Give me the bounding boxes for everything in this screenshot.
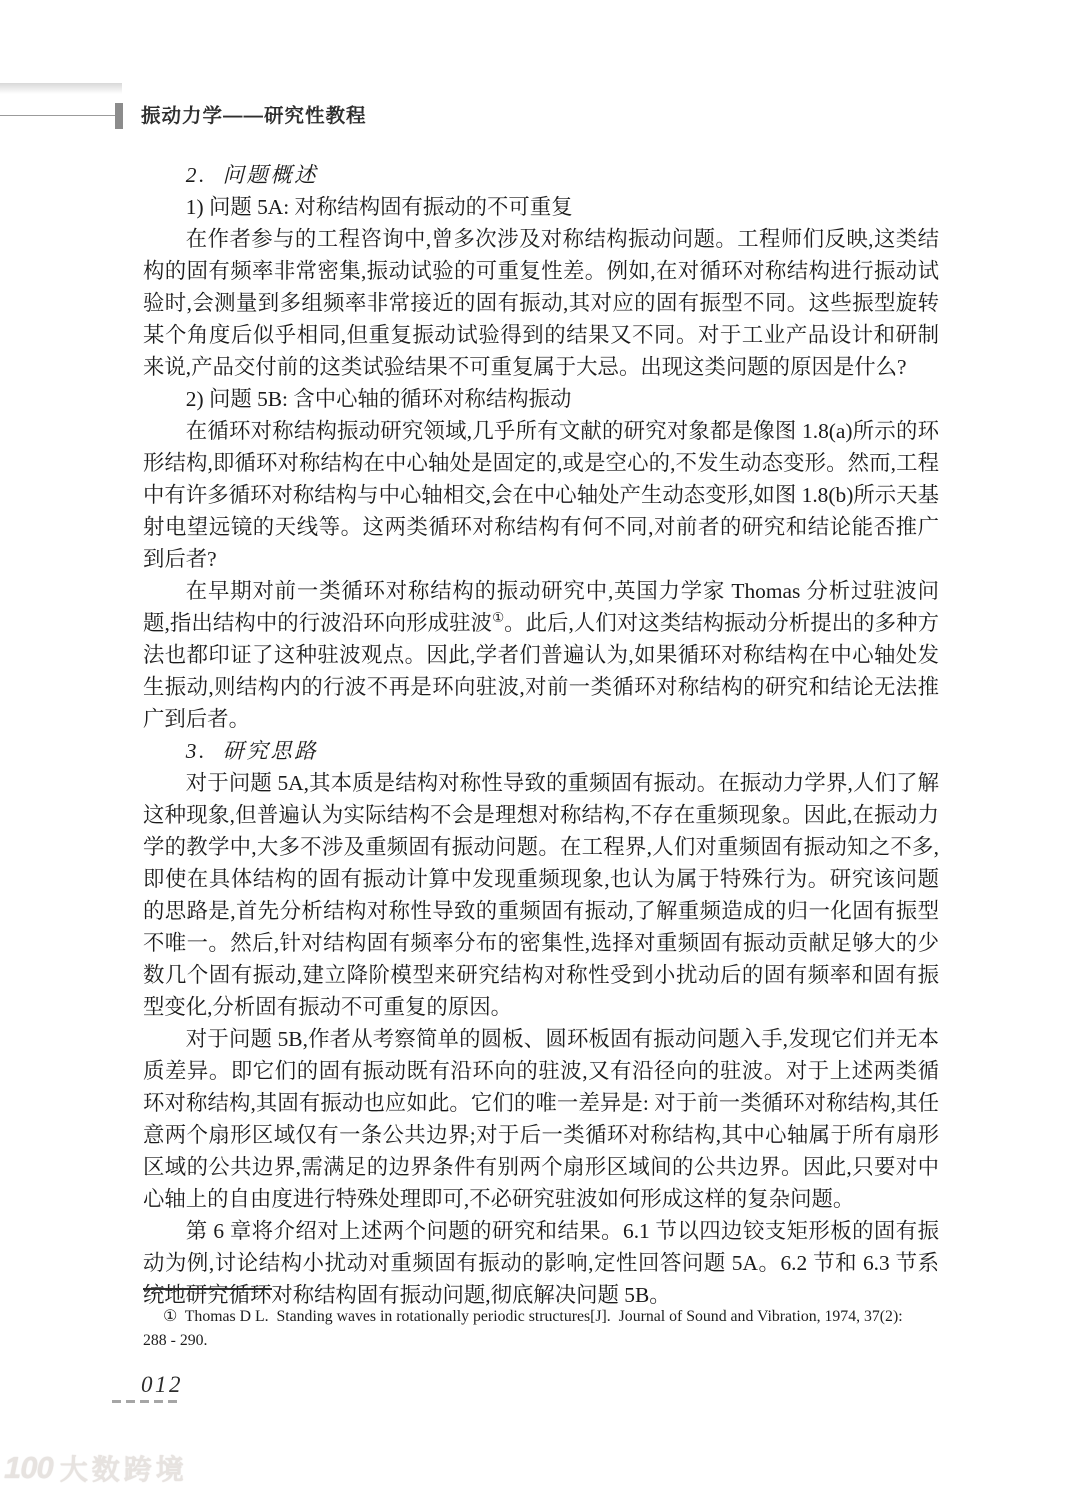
header-bar-icon <box>115 103 123 129</box>
book-page: 振动力学——研究性教程 2. 问题概述 1) 问题 5A: 对称结构固有振动的不… <box>0 0 1080 1488</box>
footnote: ① Thomas D L. Standing waves in rotation… <box>143 1305 963 1353</box>
page-number-dashes <box>112 1400 179 1403</box>
section-heading-problem-overview: 2. 问题概述 <box>143 159 939 191</box>
footnote-separator-rule <box>143 1288 272 1290</box>
paragraph-problem-5b-body: 在循环对称结构振动研究领域,几乎所有文献的研究对象都是像图 1.8(a)所示的环… <box>143 415 939 575</box>
paragraph-approach-5b: 对于问题 5B,作者从考察简单的圆板、圆环板固有振动问题入手,发现它们并无本质差… <box>143 1023 939 1215</box>
watermark: 100 大数跨境 <box>4 1448 188 1488</box>
paragraph-problem-5a-body: 在作者参与的工程咨询中,曾多次涉及对称结构振动问题。工程师们反映,这类结构的固有… <box>143 223 939 383</box>
footnote-reference-mark: ① <box>492 610 504 625</box>
watermark-logo-icon: 100 <box>4 1450 53 1486</box>
paragraph-chapter6-outline: 第 6 章将介绍对上述两个问题的研究和结果。6.1 节以四边铰支矩形板的固有振动… <box>143 1215 939 1311</box>
footnote-line: ① Thomas D L. Standing waves in rotation… <box>143 1305 963 1329</box>
page-number: 012 <box>141 1372 183 1398</box>
subheading-problem-5a: 1) 问题 5A: 对称结构固有振动的不可重复 <box>143 191 939 223</box>
subheading-problem-5b: 2) 问题 5B: 含中心轴的循环对称结构振动 <box>143 383 939 415</box>
footnote-line: 288 - 290. <box>143 1329 963 1353</box>
running-head-title: 振动力学——研究性教程 <box>141 103 367 129</box>
page-body: 2. 问题概述 1) 问题 5A: 对称结构固有振动的不可重复 在作者参与的工程… <box>143 159 939 1311</box>
section-heading-research-approach: 3. 研究思路 <box>143 735 939 767</box>
page-edge-artifact <box>0 83 122 94</box>
paragraph-thomas-standing-waves: 在早期对前一类循环对称结构的振动研究中,英国力学家 Thomas 分析过驻波问题… <box>143 575 939 735</box>
watermark-label: 大数跨境 <box>60 1448 188 1488</box>
paragraph-approach-5a: 对于问题 5A,其本质是结构对称性导致的重频固有振动。在振动力学界,人们了解这种… <box>143 767 939 1023</box>
header-rule <box>0 115 117 116</box>
